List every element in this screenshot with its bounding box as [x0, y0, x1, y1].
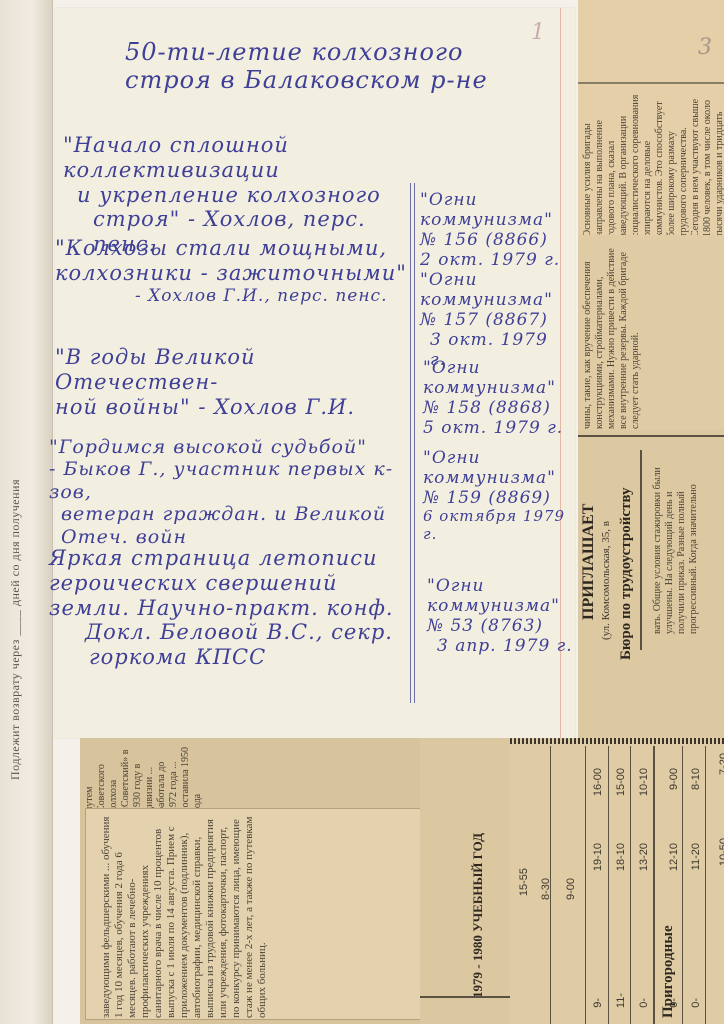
bureau-body-text: вать. Общие условия стажировки были улуч… — [648, 450, 724, 638]
source-line: 3 апр. 1979 г. — [427, 636, 577, 656]
entry-article: "Колхозы стали мощными, колхозники - заж… — [55, 236, 410, 306]
source-line: 5 окт. 1979 г. — [423, 418, 573, 438]
source-line: "Огни коммунизма" — [423, 448, 573, 488]
timetable-cell: 8-10 — [690, 768, 702, 790]
source-line: "Огни коммунизма" — [420, 190, 570, 230]
source-line: "Огни коммунизма" — [423, 358, 573, 398]
entry-line: Докл. Беловой В.С., секр. — [49, 620, 411, 645]
timetable-cell: 9- — [592, 998, 604, 1008]
timetable-cell: 18-10 — [615, 843, 627, 871]
table-rule — [653, 746, 655, 1024]
timetable-cell: 11- — [615, 993, 627, 1008]
timetable-cell: 0- — [690, 998, 702, 1008]
table-rule — [705, 746, 706, 1024]
entry-source: "Огни коммунизма" № 53 (8763) 3 апр. 197… — [427, 576, 577, 656]
entry-line: земли. Научно-практ. конф. — [49, 596, 411, 621]
entry-article: "Гордимся высокой судьбой" - Быков Г., у… — [49, 436, 411, 548]
source-line: "Огни коммунизма" — [420, 270, 570, 310]
timetable-cell: 10-10 — [638, 768, 650, 796]
timetable-cell: 9-00 — [668, 768, 680, 790]
source-line: "Огни коммунизма" — [427, 576, 577, 616]
timetable-cell: 10-50 — [718, 838, 724, 866]
table-rule — [682, 746, 683, 1024]
bureau-heading: Бюро по трудоустройству — [618, 450, 635, 660]
source-line: № 156 (8866) — [420, 230, 570, 250]
timetable-cell: 16-00 — [592, 768, 604, 796]
source-line: № 53 (8763) — [427, 616, 577, 636]
timetable-cell: 8-30 — [540, 878, 552, 900]
entry-source: "Огни коммунизма" № 159 (8869) 6 октября… — [423, 448, 573, 544]
timetable-cell: 9-00 — [565, 878, 577, 900]
entry-line: - Хохлов Г.И., перс. пенс. — [55, 286, 410, 306]
entry-source: "Огни коммунизма" № 157 (8867) 3 окт. 19… — [420, 270, 570, 370]
clipping-rule — [640, 450, 642, 650]
page-number: 1 — [531, 20, 545, 45]
invites-heading: ПРИГЛАШАЕТ — [580, 470, 598, 620]
entry-line: - Быков Г., участник первых к-зов, — [49, 458, 411, 503]
clipping-article-text: чины, такие, как вручение обеспечения ко… — [578, 235, 724, 430]
source-line: № 157 (8867) — [420, 310, 570, 330]
table-rule — [630, 746, 631, 1024]
table-rule — [608, 746, 609, 1024]
corner-page-number: 3 — [698, 35, 712, 60]
clipping-top-right: 3 Основные усилия бригады направлены на … — [578, 0, 724, 235]
clipping-bureau: ПРИГЛАШАЕТ Бюро по трудоустройству (ул. … — [578, 430, 724, 760]
timetable-cell: 7-20 — [718, 753, 724, 775]
entry-line: ветеран граждан. и Великой Отеч. войн — [49, 503, 411, 548]
clipping-rule — [578, 82, 724, 84]
clipping-rule — [578, 435, 724, 437]
entry-line: Яркая страница летописи — [49, 546, 411, 571]
entry-article: "В годы Великой Отечествен- ной войны" -… — [55, 345, 410, 419]
entry-line: и укрепление колхозного — [63, 183, 408, 208]
source-line: № 158 (8868) — [423, 398, 573, 418]
timetable-clipping: Пригородные 7-20 10-50 8-10 11-20 0- 9-0… — [510, 738, 724, 1024]
entry-line: героических свершений — [49, 571, 411, 596]
entry-line: "Начало сплошной коллективизации — [63, 133, 408, 183]
timetable-cell: 15-55 — [518, 868, 530, 896]
timetable-cell: 0- — [638, 998, 650, 1008]
timetable-cell: 0- — [668, 998, 680, 1008]
entry-line: "Колхозы стали мощными, — [55, 236, 410, 261]
timetable-cell: 19-10 — [592, 843, 604, 871]
entry-line: ной войны" - Хохлов Г.И. — [55, 395, 410, 420]
bureau-address: (ул. Комсомольская, 35, в — [600, 460, 612, 640]
archive-binding-strip: Подлежит возврату через ____ дней со дня… — [0, 0, 53, 1024]
clipping-mid-right: чины, такие, как вручение обеспечения ко… — [578, 235, 724, 430]
clipping-article-text: путем Советского колхоза «Советский» в 1… — [80, 738, 418, 816]
timetable-top-border — [510, 738, 724, 744]
entry-source: "Огни коммунизма" № 158 (8868) 5 окт. 19… — [423, 358, 573, 438]
entry-line: "В годы Великой Отечествен- — [55, 345, 410, 395]
school-year-heading: 1979 - 1980 УЧЕБНЫЙ ГОД — [470, 768, 486, 998]
entry-article: Яркая страница летописи героических свер… — [49, 546, 411, 670]
entry-line: "Гордимся высокой судьбой" — [49, 436, 411, 458]
clipping-article-text: Основные усилия бригады направлены на вы… — [578, 88, 724, 235]
timetable-cell: 11-20 — [690, 843, 702, 870]
title-line: строя в Балаковском р-не — [125, 66, 488, 94]
timetable-title: Пригородные — [660, 798, 677, 1018]
sheet-title: 50-ти-летие колхозного строя в Балаковск… — [125, 38, 488, 95]
clipping-rule — [420, 996, 510, 998]
timetable-cell: 13-20 — [638, 843, 650, 871]
entry-line: горкома КПСС — [49, 645, 411, 670]
handwritten-index-sheet: 1 50-ти-летие колхозного строя в Балаков… — [55, 8, 575, 738]
school-body-text: заведующими фельдшерскими ... обучения 1… — [96, 809, 424, 1020]
timetable-cell: 15-00 — [615, 768, 627, 796]
clipping-school-heading: 1979 - 1980 УЧЕБНЫЙ ГОД — [420, 738, 510, 1024]
return-stamp-text: Подлежит возврату через ____ дней со дня… — [8, 380, 28, 780]
timetable-cell: 12-10 — [668, 843, 680, 871]
title-line: 50-ти-летие колхозного — [125, 38, 488, 66]
clipping-school: заведующими фельдшерскими ... обучения 1… — [85, 808, 432, 1020]
source-line: 6 октября 1979 г. — [423, 508, 573, 543]
source-line: 2 окт. 1979 г. — [420, 250, 570, 270]
table-rule — [585, 746, 586, 1024]
entry-source: "Огни коммунизма" № 156 (8866) 2 окт. 19… — [420, 190, 570, 270]
entry-line: колхозники - зажиточными" — [55, 261, 410, 286]
source-line: № 159 (8869) — [423, 488, 573, 508]
